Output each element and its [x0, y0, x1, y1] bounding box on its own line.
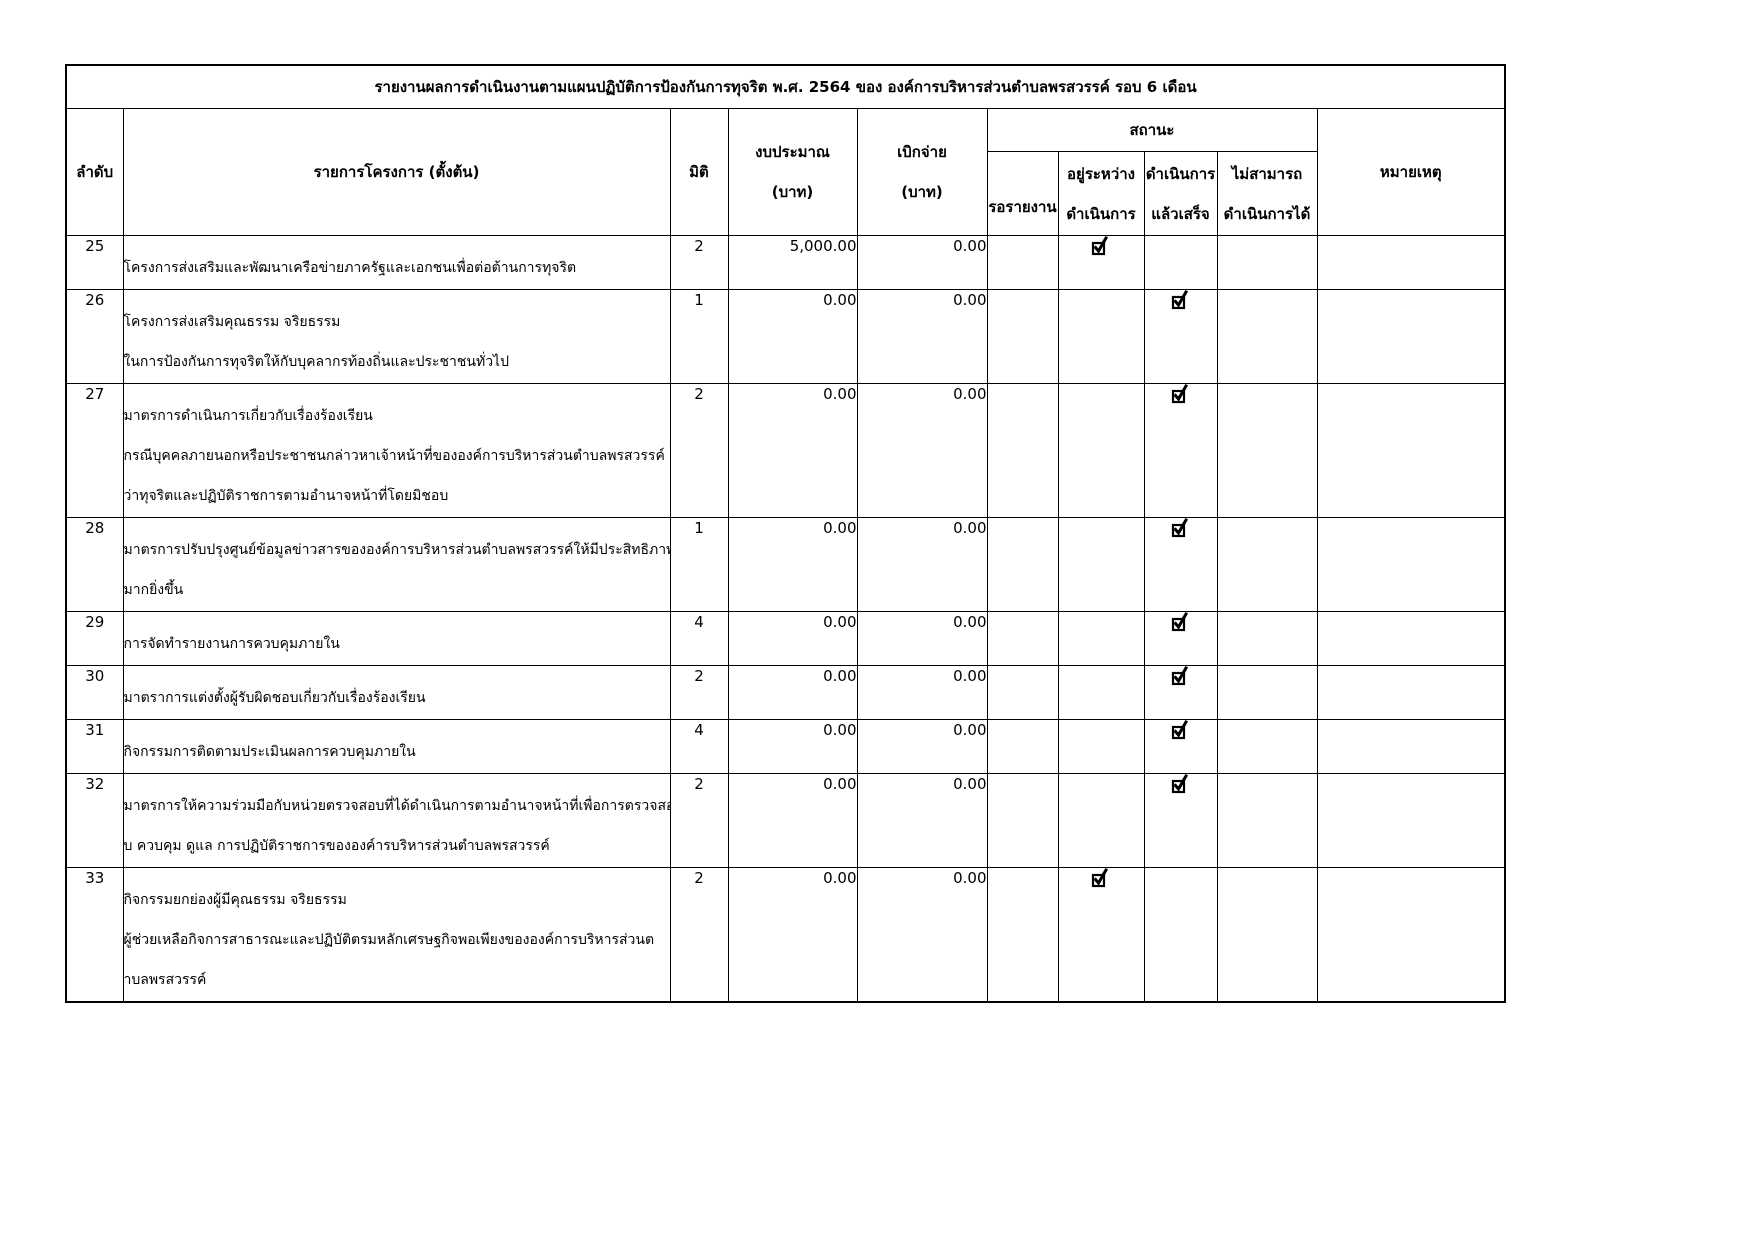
row-number: 28 [66, 518, 123, 612]
status-cell-unable [1217, 720, 1317, 774]
report-title: รายงานผลการดำเนินงานตามแผนปฏิบัติการป้อง… [66, 65, 1505, 109]
status-cell-done [1144, 290, 1217, 384]
header-spent: เบิกจ่าย (บาท) [857, 109, 987, 236]
remarks-cell [1317, 720, 1505, 774]
header-project: รายการโครงการ (ตั้งต้น) [123, 109, 670, 236]
budget-value: 0.00 [728, 666, 857, 720]
header-no: ลำดับ [66, 109, 123, 236]
status-cell-in-progress [1058, 612, 1144, 666]
status-cell-pending [987, 774, 1058, 868]
project-name: กิจกรรมการติดตามประเมินผลการควบคุมภายใน [123, 720, 670, 774]
checked-box-icon [1171, 612, 1191, 632]
project-name-line: โครงการส่งเสริมและพัฒนาเครือข่ายภาครัฐแล… [124, 236, 670, 276]
project-name-line: มากยิ่งขึ้น [124, 558, 670, 598]
project-name: มาตรการให้ความร่วมมือกับหน่วยตรวจสอบที่ไ… [123, 774, 670, 868]
status-cell-unable [1217, 384, 1317, 518]
dimension-value: 1 [670, 518, 728, 612]
remarks-cell [1317, 384, 1505, 518]
spent-value: 0.00 [857, 384, 987, 518]
project-name-line: มาตรการดำเนินการเกี่ยวกับเรื่องร้องเรียน [124, 384, 670, 424]
checked-box-icon [1091, 868, 1111, 888]
header-budget-line2: (บาท) [729, 172, 857, 212]
table-row: 30มาตราการแต่งตั้งผู้รับผิดชอบเกี่ยวกับเ… [66, 666, 1505, 720]
status-cell-done [1144, 518, 1217, 612]
header-status-inprogress-line2: ดำเนินการ [1059, 194, 1144, 234]
dimension-value: 2 [670, 384, 728, 518]
row-number: 25 [66, 236, 123, 290]
spent-value: 0.00 [857, 720, 987, 774]
header-status-done-line1: ดำเนินการ [1145, 154, 1217, 194]
header-status-pending-label: รอรายงาน [988, 169, 1058, 219]
header-status-unable-line1: ไม่สามารถ [1218, 154, 1317, 194]
project-name: โครงการส่งเสริมและพัฒนาเครือข่ายภาครัฐแล… [123, 236, 670, 290]
project-name-line: ว่าทุจริตและปฏิบัติราชการตามอำนาจหน้าที่… [124, 464, 670, 504]
status-cell-done [1144, 236, 1217, 290]
header-status-inprogress-line1: อยู่ระหว่าง [1059, 154, 1144, 194]
row-number: 33 [66, 868, 123, 1002]
dimension-value: 4 [670, 720, 728, 774]
row-number: 29 [66, 612, 123, 666]
table-row: 25โครงการส่งเสริมและพัฒนาเครือข่ายภาครัฐ… [66, 236, 1505, 290]
status-cell-pending [987, 666, 1058, 720]
remarks-cell [1317, 518, 1505, 612]
status-cell-unable [1217, 236, 1317, 290]
project-name-line: กิจกรรมยกย่องผู้มีคุณธรรม จริยธรรม [124, 868, 670, 908]
table-row: 32มาตรการให้ความร่วมมือกับหน่วยตรวจสอบที… [66, 774, 1505, 868]
status-cell-unable [1217, 774, 1317, 868]
project-name-line: บ ควบคุม ดูแล การปฏิบัติราชการขององค์ารบ… [124, 814, 670, 854]
project-name-line: มาตรการให้ความร่วมมือกับหน่วยตรวจสอบที่ไ… [124, 774, 670, 814]
table-row: 31กิจกรรมการติดตามประเมินผลการควบคุมภายใ… [66, 720, 1505, 774]
project-name: กิจกรรมยกย่องผู้มีคุณธรรม จริยธรรมผู้ช่ว… [123, 868, 670, 1002]
checked-box-icon [1171, 518, 1191, 538]
status-cell-pending [987, 612, 1058, 666]
checked-box-icon [1171, 384, 1191, 404]
status-cell-unable [1217, 290, 1317, 384]
project-name-line: โครงการส่งเสริมคุณธรรม จริยธรรม [124, 290, 670, 330]
checked-box-icon [1171, 290, 1191, 310]
status-cell-done [1144, 612, 1217, 666]
project-name-line: การจัดทำรายงานการควบคุมภายใน [124, 612, 670, 652]
status-cell-pending [987, 518, 1058, 612]
status-cell-unable [1217, 518, 1317, 612]
status-cell-in-progress [1058, 236, 1144, 290]
header-status-inprogress: อยู่ระหว่าง ดำเนินการ [1058, 152, 1144, 236]
row-number: 32 [66, 774, 123, 868]
report-table: รายงานผลการดำเนินงานตามแผนปฏิบัติการป้อง… [65, 64, 1506, 1003]
status-cell-pending [987, 720, 1058, 774]
spent-value: 0.00 [857, 774, 987, 868]
table-row: 29การจัดทำรายงานการควบคุมภายใน40.000.00 [66, 612, 1505, 666]
header-dimension: มิติ [670, 109, 728, 236]
status-cell-pending [987, 868, 1058, 1002]
checked-box-icon [1091, 236, 1111, 256]
header-status: สถานะ [987, 109, 1317, 152]
table-row: 33กิจกรรมยกย่องผู้มีคุณธรรม จริยธรรมผู้ช… [66, 868, 1505, 1002]
remarks-cell [1317, 612, 1505, 666]
row-number: 30 [66, 666, 123, 720]
remarks-cell [1317, 868, 1505, 1002]
status-cell-in-progress [1058, 868, 1144, 1002]
status-cell-done [1144, 720, 1217, 774]
budget-value: 0.00 [728, 868, 857, 1002]
table-row: 27มาตรการดำเนินการเกี่ยวกับเรื่องร้องเรี… [66, 384, 1505, 518]
header-budget: งบประมาณ (บาท) [728, 109, 857, 236]
status-cell-in-progress [1058, 518, 1144, 612]
header-spent-line2: (บาท) [858, 172, 987, 212]
header-status-unable: ไม่สามารถ ดำเนินการได้ [1217, 152, 1317, 236]
status-cell-done [1144, 868, 1217, 1002]
project-name: การจัดทำรายงานการควบคุมภายใน [123, 612, 670, 666]
status-cell-unable [1217, 612, 1317, 666]
header-status-done-line2: แล้วเสร็จ [1145, 194, 1217, 234]
remarks-cell [1317, 666, 1505, 720]
budget-value: 0.00 [728, 612, 857, 666]
checked-box-icon [1171, 720, 1191, 740]
spent-value: 0.00 [857, 868, 987, 1002]
dimension-value: 2 [670, 868, 728, 1002]
remarks-cell [1317, 290, 1505, 384]
project-name-line: มาตรการปรับปรุงศูนย์ข้อมูลข่าวสารขององค์… [124, 518, 670, 558]
project-name-line: ำบลพรสวรรค์ [124, 948, 670, 988]
row-number: 27 [66, 384, 123, 518]
table-row: 26โครงการส่งเสริมคุณธรรม จริยธรรมในการป้… [66, 290, 1505, 384]
budget-value: 0.00 [728, 720, 857, 774]
project-name: โครงการส่งเสริมคุณธรรม จริยธรรมในการป้อง… [123, 290, 670, 384]
project-name: มาตรการปรับปรุงศูนย์ข้อมูลข่าวสารขององค์… [123, 518, 670, 612]
header-status-pending: รอรายงาน [987, 152, 1058, 236]
status-cell-in-progress [1058, 774, 1144, 868]
status-cell-in-progress [1058, 290, 1144, 384]
report-rows: 25โครงการส่งเสริมและพัฒนาเครือข่ายภาครัฐ… [66, 236, 1505, 1002]
header-budget-line1: งบประมาณ [729, 132, 857, 172]
table-row: 28มาตรการปรับปรุงศูนย์ข้อมูลข่าวสารขององ… [66, 518, 1505, 612]
status-cell-pending [987, 290, 1058, 384]
status-cell-in-progress [1058, 384, 1144, 518]
spent-value: 0.00 [857, 518, 987, 612]
budget-value: 0.00 [728, 290, 857, 384]
budget-value: 0.00 [728, 774, 857, 868]
project-name-line: ในการป้องกันการทุจริตให้กับบุคลากรท้องถิ… [124, 330, 670, 370]
budget-value: 5,000.00 [728, 236, 857, 290]
status-cell-pending [987, 384, 1058, 518]
project-name-line: กรณีบุคคลภายนอกหรือประชาชนกล่าวหาเจ้าหน้… [124, 424, 670, 464]
row-number: 26 [66, 290, 123, 384]
checked-box-icon [1171, 774, 1191, 794]
budget-value: 0.00 [728, 384, 857, 518]
dimension-value: 1 [670, 290, 728, 384]
dimension-value: 2 [670, 666, 728, 720]
header-spent-line1: เบิกจ่าย [858, 132, 987, 172]
status-cell-done [1144, 384, 1217, 518]
remarks-cell [1317, 774, 1505, 868]
project-name-line: ผู้ช่วยเหลือกิจการสาธารณะและปฏิบัติตรมหล… [124, 908, 670, 948]
status-cell-done [1144, 774, 1217, 868]
spent-value: 0.00 [857, 236, 987, 290]
status-cell-in-progress [1058, 720, 1144, 774]
status-cell-unable [1217, 666, 1317, 720]
spent-value: 0.00 [857, 290, 987, 384]
status-cell-pending [987, 236, 1058, 290]
row-number: 31 [66, 720, 123, 774]
header-remarks: หมายเหตุ [1317, 109, 1505, 236]
budget-value: 0.00 [728, 518, 857, 612]
checked-box-icon [1171, 666, 1191, 686]
remarks-cell [1317, 236, 1505, 290]
project-name: มาตราการแต่งตั้งผู้รับผิดชอบเกี่ยวกับเรื… [123, 666, 670, 720]
status-cell-done [1144, 666, 1217, 720]
header-status-done: ดำเนินการ แล้วเสร็จ [1144, 152, 1217, 236]
dimension-value: 2 [670, 236, 728, 290]
project-name-line: มาตราการแต่งตั้งผู้รับผิดชอบเกี่ยวกับเรื… [124, 666, 670, 706]
dimension-value: 4 [670, 612, 728, 666]
project-name-line: กิจกรรมการติดตามประเมินผลการควบคุมภายใน [124, 720, 670, 760]
dimension-value: 2 [670, 774, 728, 868]
header-status-unable-line2: ดำเนินการได้ [1218, 194, 1317, 234]
spent-value: 0.00 [857, 666, 987, 720]
spent-value: 0.00 [857, 612, 987, 666]
project-name: มาตรการดำเนินการเกี่ยวกับเรื่องร้องเรียน… [123, 384, 670, 518]
status-cell-unable [1217, 868, 1317, 1002]
status-cell-in-progress [1058, 666, 1144, 720]
